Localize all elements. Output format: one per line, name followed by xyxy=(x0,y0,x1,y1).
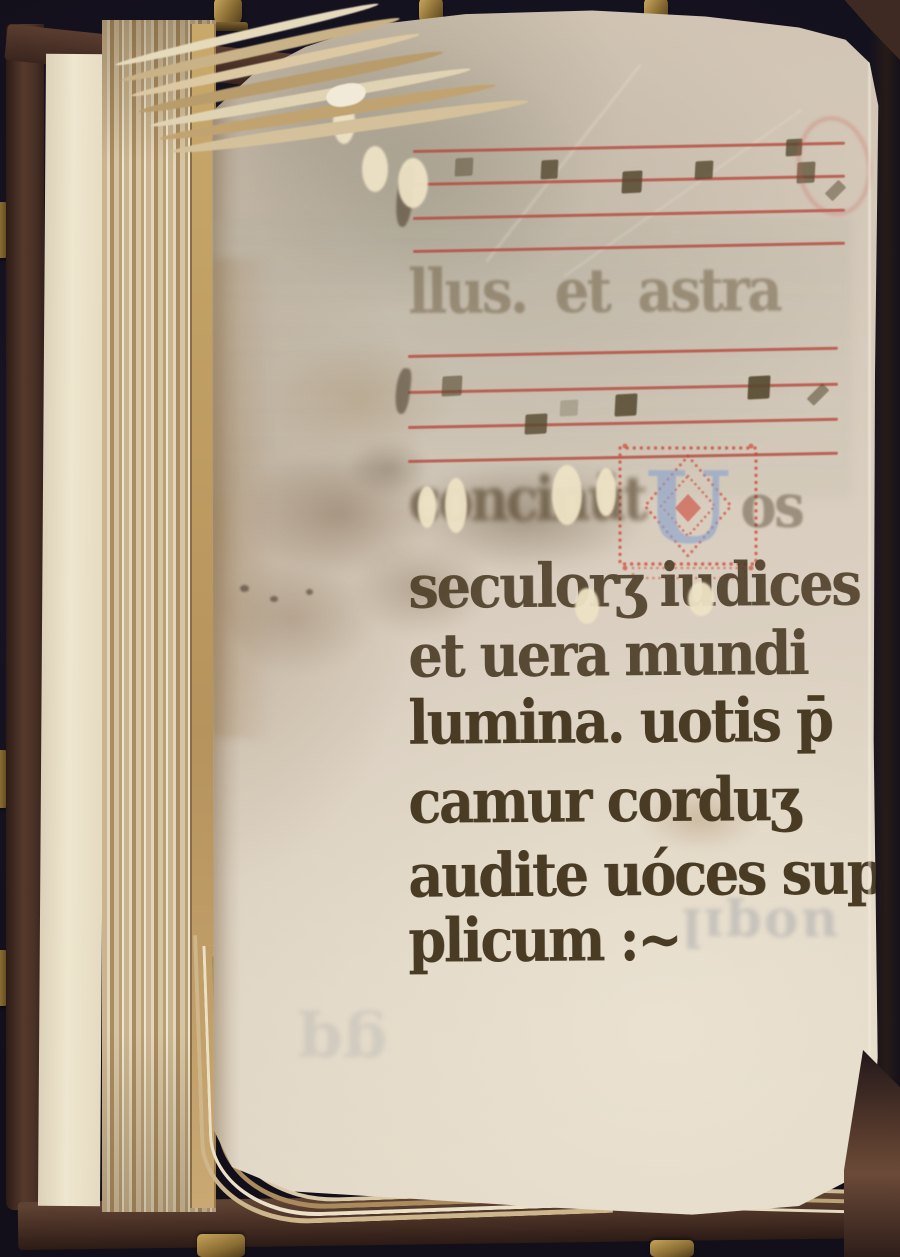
flake-loss xyxy=(362,146,388,192)
chant-text-line: et uera mundi xyxy=(408,623,807,686)
flake-loss xyxy=(398,158,428,208)
staff-line xyxy=(413,209,845,220)
chant-text-line: camur corduʒ xyxy=(408,769,798,832)
neume-square xyxy=(541,160,559,180)
flake-loss xyxy=(445,478,467,533)
neume-square xyxy=(455,157,474,176)
neume-square xyxy=(524,413,547,434)
chant-text-line: seculorʒ iudices xyxy=(408,554,860,618)
neume-square xyxy=(441,375,462,396)
flake-loss xyxy=(575,588,599,624)
chant-text-after-initial: os xyxy=(740,476,802,537)
flake-loss xyxy=(552,465,582,525)
custos-diamond xyxy=(807,383,830,406)
show-through-text: gq xyxy=(298,1008,388,1083)
neume-square xyxy=(614,393,637,416)
neume-square xyxy=(695,160,714,179)
staff-line xyxy=(413,242,845,253)
staff-line xyxy=(413,142,845,153)
staff-line xyxy=(408,383,838,394)
brass-boss xyxy=(214,0,242,26)
clef-mark xyxy=(393,367,413,414)
brass-boss xyxy=(650,1240,694,1257)
staff-line xyxy=(408,347,838,358)
endpaper xyxy=(38,54,108,1206)
manuscript-page: U llus. et astra concinūt os seculorʒ iu… xyxy=(212,8,879,1228)
neume-square xyxy=(560,399,579,416)
neume-square xyxy=(621,170,642,193)
flake-loss xyxy=(596,468,616,516)
flake-loss xyxy=(418,486,436,528)
chant-text-faded: llus. et astra xyxy=(408,259,780,322)
neume-square xyxy=(747,375,770,399)
flake-loss xyxy=(688,582,714,616)
brass-boss xyxy=(197,1234,245,1257)
chant-text-line: lumina. uotis p̄ xyxy=(408,690,832,753)
show-through-text: uoqıl xyxy=(680,896,838,957)
page-edge-highlight xyxy=(868,45,871,1180)
chant-text-line: plicum :~ xyxy=(408,909,680,971)
staff-line xyxy=(408,418,838,429)
manuscript-photo: U llus. et astra concinūt os seculorʒ iu… xyxy=(0,0,900,1257)
